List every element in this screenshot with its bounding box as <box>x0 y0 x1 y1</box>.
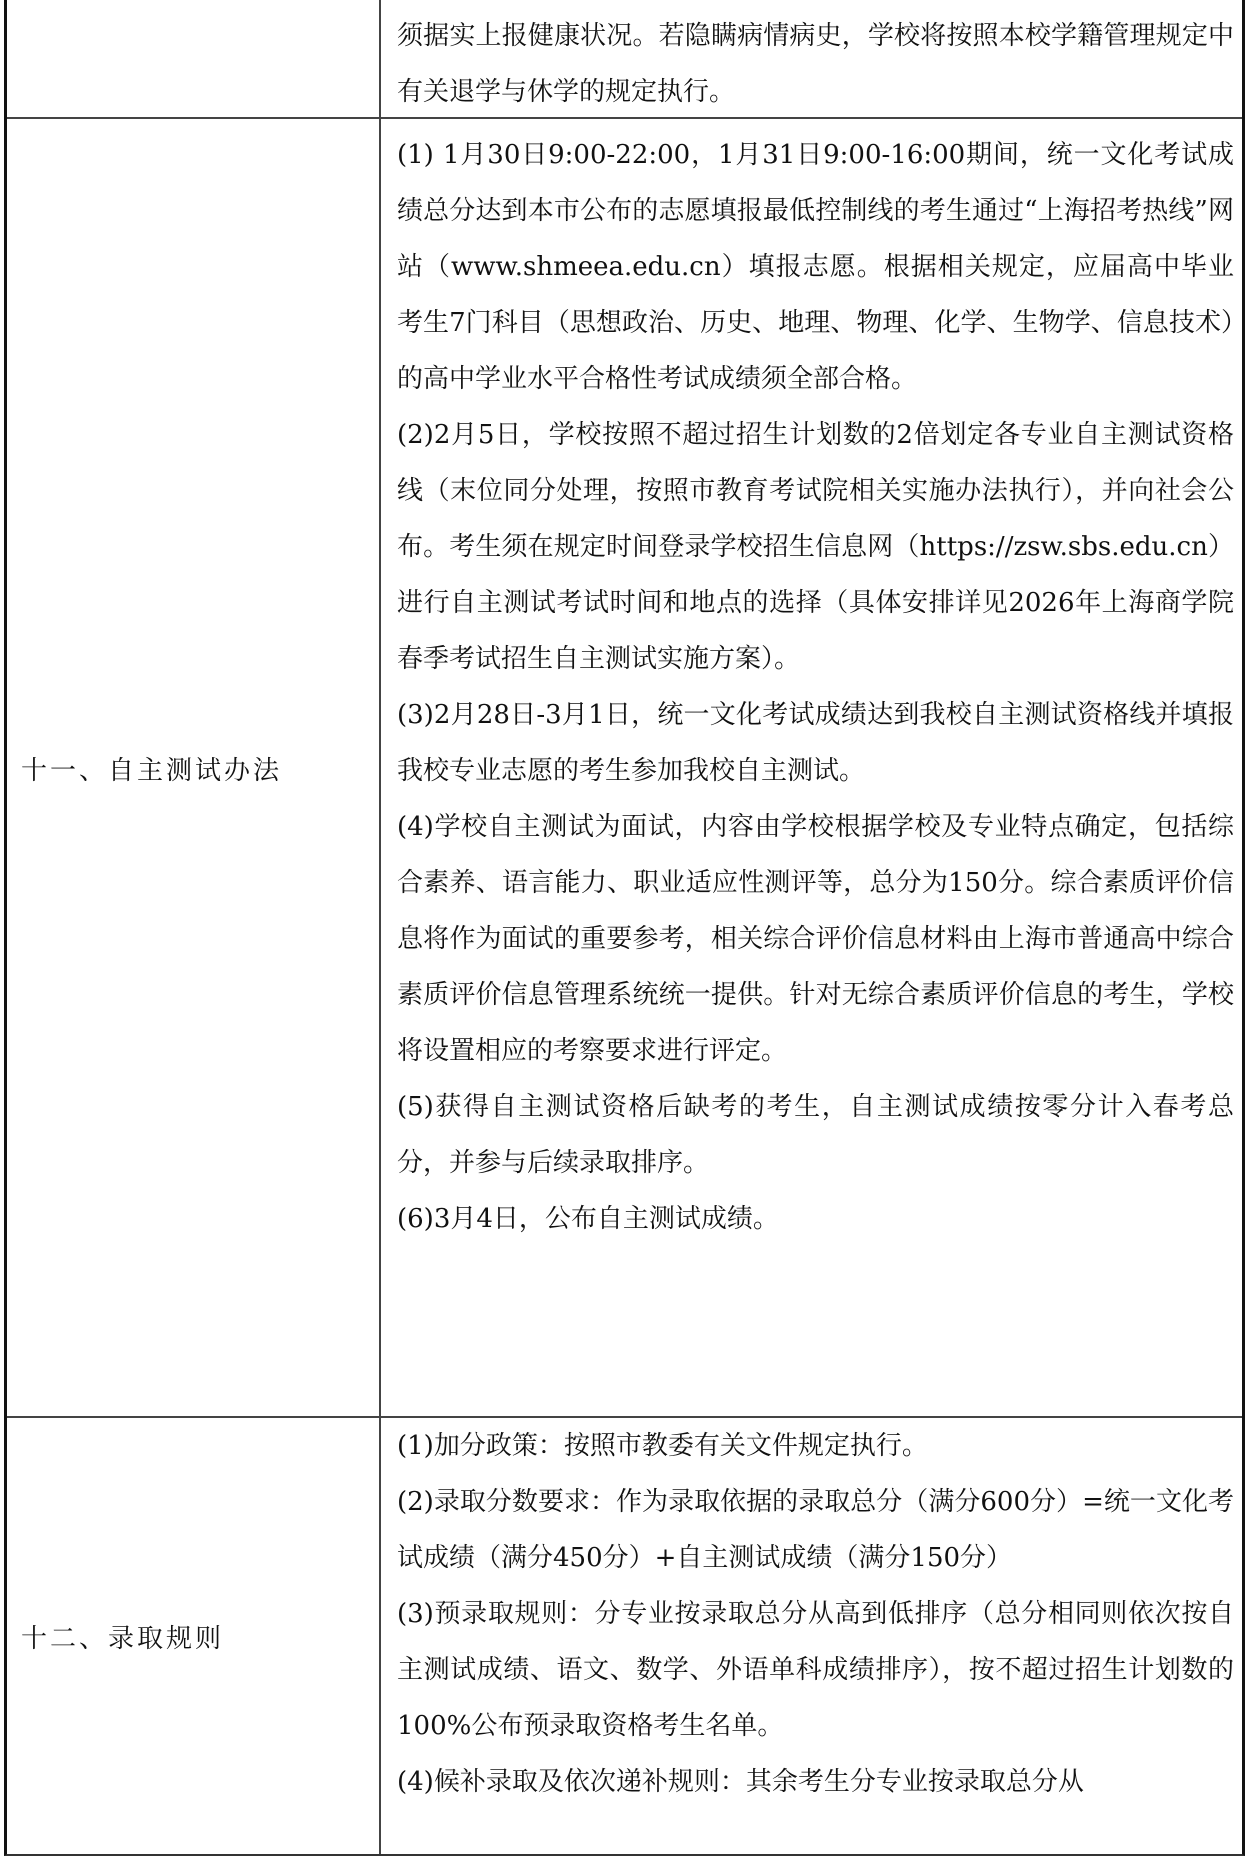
row-label-admission-rules: 十二、录取规则 <box>7 1418 381 1854</box>
admission-rules-table: 须据实上报健康状况。若隐瞒病情病史，学校将按照本校学籍管理规定中有关退学与休学的… <box>4 0 1245 1856</box>
paragraph: (3)预录取规则：分专业按录取总分从高到低排序（总分相同则依次按自主测试成绩、语… <box>397 1586 1234 1754</box>
paragraph: (6)3月4日，公布自主测试成绩。 <box>397 1191 1234 1247</box>
paragraph: (2)2月5日，学校按照不超过招生计划数的2倍划定各专业自主测试资格线（末位同分… <box>397 407 1234 687</box>
row-content: 须据实上报健康状况。若隐瞒病情病史，学校将按照本校学籍管理规定中有关退学与休学的… <box>383 0 1242 118</box>
table-row-self-test: 十一、自主测试办法 (1) 1月30日9:00-22:00，1月31日9:00-… <box>7 117 1242 1417</box>
paragraph: (5)获得自主测试资格后缺考的考生，自主测试成绩按零分计入春考总分，并参与后续录… <box>397 1079 1234 1191</box>
paragraph: (1)加分政策：按照市教委有关文件规定执行。 <box>397 1418 1234 1474</box>
paragraph: (4)学校自主测试为面试，内容由学校根据学校及专业特点确定，包括综合素养、语言能… <box>397 799 1234 1079</box>
row-label <box>7 0 381 118</box>
paragraph: 须据实上报健康状况。若隐瞒病情病史，学校将按照本校学籍管理规定中有关退学与休学的… <box>397 8 1234 120</box>
row-label-self-test: 十一、自主测试办法 <box>7 119 381 1417</box>
paragraph: (2)录取分数要求：作为录取依据的录取总分（满分600分）=统一文化考试成绩（满… <box>397 1474 1234 1586</box>
paragraph: (3)2月28日-3月1日，统一文化考试成绩达到我校自主测试资格线并填报我校专业… <box>397 687 1234 799</box>
row-content-self-test: (1) 1月30日9:00-22:00，1月31日9:00-16:00期间，统一… <box>383 119 1242 1417</box>
row-content-admission-rules: (1)加分政策：按照市教委有关文件规定执行。 (2)录取分数要求：作为录取依据的… <box>383 1418 1242 1854</box>
paragraph: (1) 1月30日9:00-22:00，1月31日9:00-16:00期间，统一… <box>397 127 1234 407</box>
table-row-admission-rules: 十二、录取规则 (1)加分政策：按照市教委有关文件规定执行。 (2)录取分数要求… <box>7 1416 1242 1854</box>
table-row-health: 须据实上报健康状况。若隐瞒病情病史，学校将按照本校学籍管理规定中有关退学与休学的… <box>7 0 1242 118</box>
paragraph: (4)候补录取及依次递补规则：其余考生分专业按录取总分从 <box>397 1754 1234 1810</box>
